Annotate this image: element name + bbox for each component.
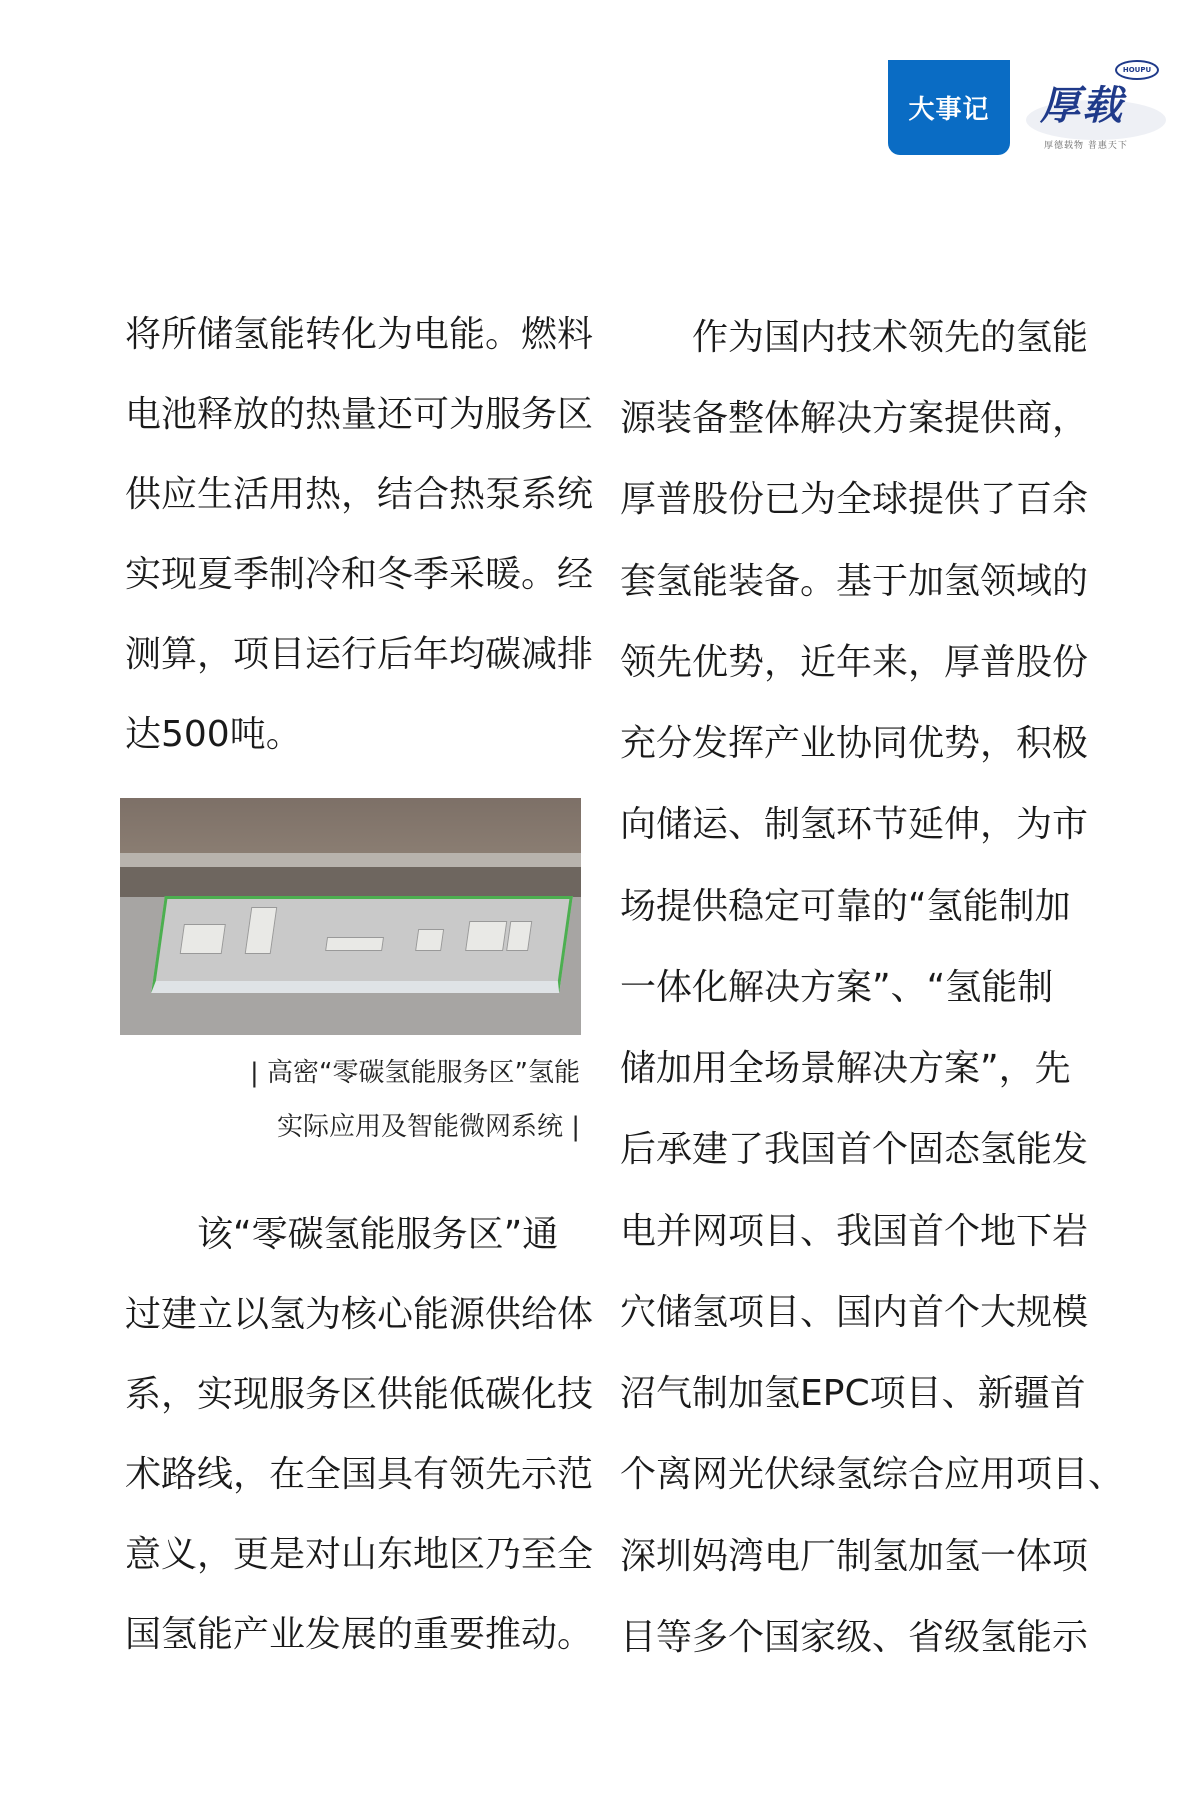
photo-unit (245, 907, 278, 954)
text-line: 场提供稳定可靠的“氢能制加 (620, 885, 1071, 929)
photo-caption-line: 实际应用及智能微网系统 | (130, 1106, 580, 1143)
section-badge-label: 大事记 (908, 89, 989, 126)
photo-ditch (120, 867, 581, 897)
text-line: 电池释放的热量还可为服务区 (125, 393, 593, 437)
photo-farmland (120, 798, 581, 853)
text-line: 领先优势，近年来，厚普股份 (620, 641, 1088, 685)
text-line: 源装备整体解决方案提供商， (620, 397, 1088, 441)
text-line: 意义，更是对山东地区乃至全 (125, 1533, 593, 1577)
text-line: 穴储氢项目、国内首个大规模 (620, 1291, 1088, 1335)
text-line: 系，实现服务区供能低碳化技 (125, 1373, 593, 1417)
text-line: 作为国内技术领先的氢能 (620, 316, 1088, 360)
text-line: 个离网光伏绿氢综合应用项目、 (620, 1453, 1124, 1497)
photo-hydrogen-compound (151, 896, 573, 993)
text-line: 达500吨。 (125, 713, 302, 757)
text-line: 沼气制加氢EPC项目、新疆首 (620, 1372, 1086, 1416)
photo-storage-tube (325, 937, 384, 951)
text-line: 将所储氢能转化为电能。燃料 (125, 313, 593, 357)
aerial-photo (120, 798, 581, 1035)
photo-road (120, 853, 581, 867)
company-logo: 厚载 HOUPU 厚德载物 普惠天下 (1018, 58, 1178, 158)
logo-emblem: HOUPU (1115, 60, 1159, 80)
text-line: 深圳妈湾电厂制氢加氢一体项 (620, 1535, 1088, 1579)
logo-slogan: 厚德载物 普惠天下 (1044, 138, 1128, 151)
text-line: 过建立以氢为核心能源供给体 (125, 1293, 593, 1337)
text-line: 目等多个国家级、省级氢能示 (620, 1616, 1088, 1660)
text-line: 术路线，在全国具有领先示范 (125, 1453, 593, 1497)
photo-unit (506, 921, 532, 951)
section-badge: 大事记 (888, 60, 1010, 155)
text-line: 向储运、制氢环节延伸，为市 (620, 803, 1088, 847)
text-line: 一体化解决方案”、“氢能制 (620, 966, 1053, 1010)
text-line: 套氢能装备。基于加氢领域的 (620, 560, 1088, 604)
text-line: 国氢能产业发展的重要推动。 (125, 1613, 593, 1657)
text-line: 充分发挥产业协同优势，积极 (620, 722, 1088, 766)
photo-caption-line: | 高密“零碳氢能服务区”氢能 (130, 1052, 580, 1089)
photo-unit (415, 929, 444, 951)
text-line: 供应生活用热，结合热泵系统 (125, 473, 593, 517)
logo-calligraphy: 厚载 (1040, 74, 1124, 131)
text-line: 实现夏季制冷和冬季采暖。经 (125, 553, 593, 597)
text-line: 储加用全场景解决方案”，先 (620, 1047, 1071, 1091)
text-line: 测算，项目运行后年均碳减排 (125, 633, 593, 677)
photo-unit (180, 924, 226, 954)
text-line: 该“零碳氢能服务区”通 (125, 1213, 558, 1257)
text-line: 后承建了我国首个固态氢能发 (620, 1128, 1088, 1172)
photo-unit (465, 921, 507, 951)
text-line: 厚普股份已为全球提供了百余 (620, 478, 1088, 522)
text-line: 电并网项目、我国首个地下岩 (620, 1210, 1088, 1254)
